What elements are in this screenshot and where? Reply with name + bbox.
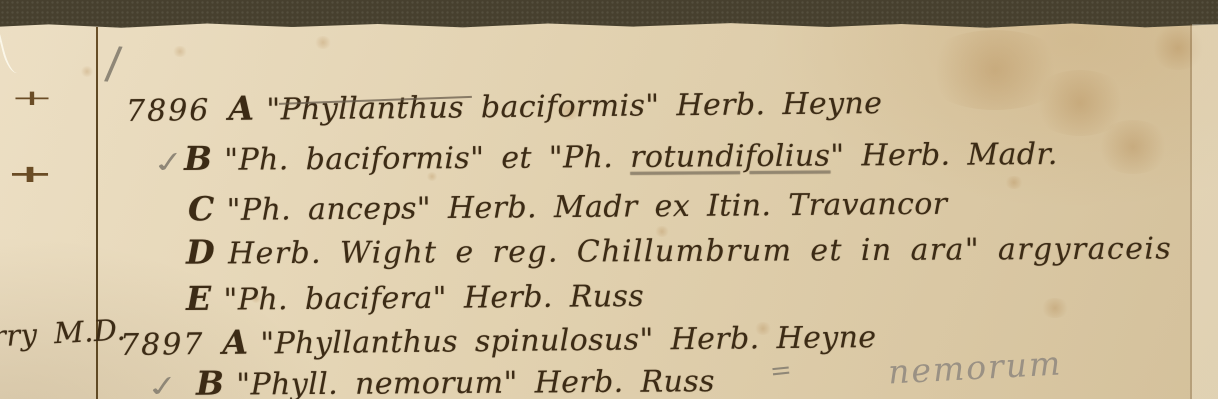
- item-text: " Herb. Madr.: [830, 137, 1058, 174]
- entry-7897-item-b: B"Phyll. nemorum" Herb. Russ: [196, 360, 715, 399]
- foxing-stain: [172, 46, 188, 57]
- right-page-edge: [1190, 24, 1218, 399]
- pencil-note-nemorum: nemorum: [887, 343, 1063, 391]
- item-letter-c: C: [188, 189, 215, 228]
- pencil-checkmark: ✓: [144, 369, 182, 399]
- foxing-stain: [1095, 120, 1171, 174]
- item-text: "Ph. anceps" Herb. Madr ex Itin. Travanc…: [227, 187, 948, 228]
- item-text: Herb. Wight e reg. Chillumbrum et in ara…: [228, 231, 1172, 271]
- pencil-equals-mark: =: [768, 355, 793, 387]
- pencil-slash-mark: /: [103, 37, 123, 89]
- item-text: "Phyll. nemorum" Herb. Russ: [236, 364, 715, 399]
- foxing-stain: [314, 36, 332, 49]
- entry-7897-item-a: 7897A"Phyllanthus spinulosus" Herb. Heyn…: [120, 316, 877, 363]
- item-letter-b: B: [196, 364, 225, 399]
- entry-7896-item-e: E"Ph. bacifera" Herb. Russ: [186, 275, 644, 318]
- margin-name-fragment: rry M.D.: [0, 313, 127, 354]
- item-letter-a: A: [228, 89, 254, 128]
- foxing-stain: [1030, 70, 1130, 136]
- item-text: baciformis" Herb. Heyne: [464, 86, 883, 125]
- item-letter-e: E: [186, 279, 212, 318]
- entry-7896-item-c: C"Ph. anceps" Herb. Madr ex Itin. Travan…: [188, 183, 948, 229]
- entry-7896-item-d: DHerb. Wight e reg. Chillumbrum et in ar…: [186, 227, 1172, 271]
- foxing-stain: [1040, 298, 1070, 318]
- item-letter-d: D: [186, 232, 216, 271]
- margin-plus-mark-top: +: [10, 85, 54, 110]
- foxing-stain: [80, 66, 94, 77]
- page-top-edge-band: [0, 0, 1218, 38]
- foxing-stain: [920, 30, 1070, 110]
- pencil-checkmark: ✓: [150, 145, 188, 181]
- entry-7896-item-b: B"Ph. baciformis" et "Ph. rotundifolius"…: [184, 133, 1058, 178]
- foxing-stain: [1004, 176, 1024, 189]
- entry-number-7896: 7896: [126, 93, 211, 129]
- item-letter-a: A: [222, 323, 248, 362]
- struck-word-phyllanthus: Phyllanthus: [280, 90, 464, 127]
- item-text: "Ph. bacifera" Herb. Russ: [223, 279, 644, 318]
- item-text: "Ph. baciformis" et "Ph.: [224, 140, 630, 178]
- entry-7896-item-a: 7896A"Phyllanthus baciformis" Herb. Heyn…: [126, 82, 883, 129]
- margin-plus-mark-bottom: +: [6, 160, 54, 188]
- item-letter-b: B: [184, 139, 213, 178]
- quote-mark: ": [266, 92, 281, 127]
- paper-crease: [0, 31, 24, 76]
- pencil-underlined-word: rotundifolius: [630, 139, 830, 175]
- manuscript-page: + + rry M.D. / 7896A"Phyllanthus bacifor…: [0, 0, 1218, 399]
- entry-number-7897: 7897: [120, 327, 205, 363]
